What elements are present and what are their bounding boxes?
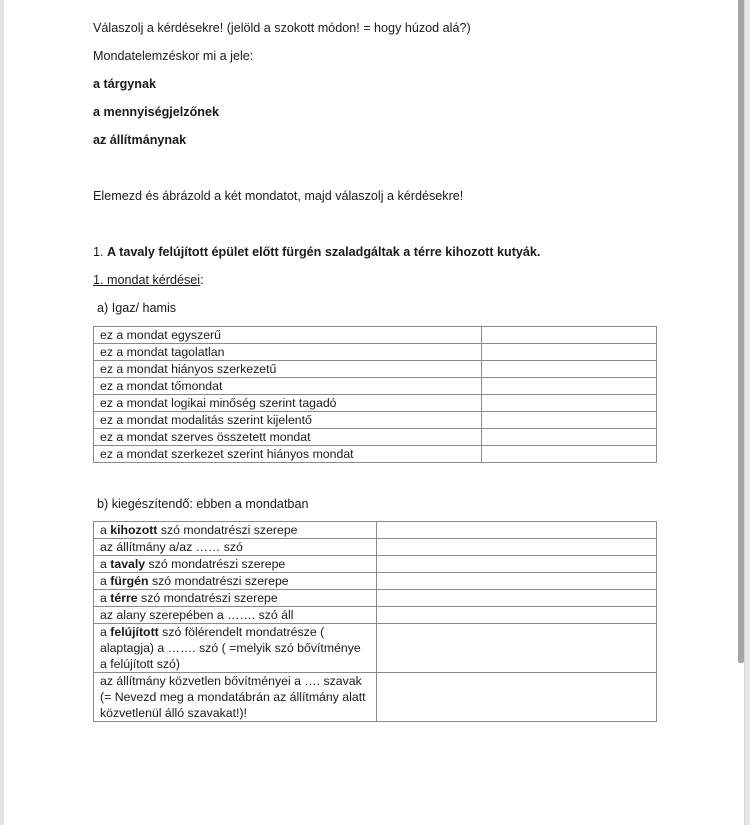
statement-cell: ez a mondat tagolatlan — [94, 344, 482, 361]
table-row: ez a mondat tőmondat — [94, 378, 657, 395]
table-row: ez a mondat modalitás szerint kijelentő — [94, 412, 657, 429]
answer-cell[interactable] — [482, 361, 657, 378]
statement-cell: ez a mondat egyszerű — [94, 327, 482, 344]
intro-item-mennyisegjelzo: a mennyiségjelzőnek — [93, 104, 219, 120]
prompt-pre: a — [100, 574, 110, 588]
intro-item-targy: a tárgynak — [93, 76, 156, 92]
table-row: ez a mondat hiányos szerkezetű — [94, 361, 657, 378]
true-false-table: ez a mondat egyszerűez a mondat tagolatl… — [93, 326, 657, 463]
statement-cell: ez a mondat szerkezet szerint hiányos mo… — [94, 446, 482, 463]
answer-cell[interactable] — [377, 522, 657, 539]
prompt-pre: az alany szerepében a ……. szó áll — [100, 608, 293, 622]
sentence-number: 1. — [93, 245, 104, 259]
prompt-post: szó mondatrészi szerepe — [157, 523, 297, 537]
answer-cell[interactable] — [377, 590, 657, 607]
prompt-pre: az állítmány a/az …… szó — [100, 540, 243, 554]
answer-cell[interactable] — [377, 673, 657, 722]
statement-cell: ez a mondat logikai minőség szerint taga… — [94, 395, 482, 412]
questions-heading: 1. mondat kérdései: — [93, 272, 204, 288]
answer-cell[interactable] — [482, 395, 657, 412]
table-row: a felújított szó fölérendelt mondatrésze… — [94, 624, 657, 673]
section-b-label: b) kiegészítendő: ebben a mondatban — [97, 496, 308, 512]
task-instruction: Elemezd és ábrázold a két mondatot, majd… — [93, 188, 463, 204]
prompt-cell: a felújított szó fölérendelt mondatrésze… — [94, 624, 377, 673]
statement-cell: ez a mondat szerves összetett mondat — [94, 429, 482, 446]
table-row: ez a mondat logikai minőség szerint taga… — [94, 395, 657, 412]
table-row: ez a mondat tagolatlan — [94, 344, 657, 361]
fill-in-table: a kihozott szó mondatrészi szerepeaz áll… — [93, 521, 657, 722]
prompt-cell: a tavaly szó mondatrészi szerepe — [94, 556, 377, 573]
table-row: az állítmány a/az …… szó — [94, 539, 657, 556]
answer-cell[interactable] — [377, 624, 657, 673]
prompt-cell: a térre szó mondatrészi szerepe — [94, 590, 377, 607]
statement-cell: ez a mondat modalitás szerint kijelentő — [94, 412, 482, 429]
prompt-cell: az állítmány a/az …… szó — [94, 539, 377, 556]
answer-cell[interactable] — [482, 378, 657, 395]
table-row: a térre szó mondatrészi szerepe — [94, 590, 657, 607]
table-row: az alany szerepében a ……. szó áll — [94, 607, 657, 624]
sentence-1: 1. A tavaly felújított épület előtt fürg… — [93, 244, 540, 260]
prompt-pre: az állítmány közvetlen bővítményei a …. … — [100, 674, 366, 720]
answer-cell[interactable] — [377, 607, 657, 624]
answer-cell[interactable] — [482, 429, 657, 446]
answer-cell[interactable] — [377, 556, 657, 573]
prompt-bold: felújított — [110, 625, 159, 639]
prompt-post: szó mondatrészi szerepe — [138, 591, 278, 605]
prompt-bold: fürgén — [110, 574, 148, 588]
prompt-bold: tavaly — [110, 557, 145, 571]
prompt-post: szó mondatrészi szerepe — [149, 574, 289, 588]
scrollbar-track[interactable] — [744, 0, 750, 825]
table-row: a tavaly szó mondatrészi szerepe — [94, 556, 657, 573]
section-a-label: a) Igaz/ hamis — [97, 300, 176, 316]
intro-instruction: Válaszolj a kérdésekre! (jelöld a szokot… — [93, 20, 471, 36]
prompt-pre: a — [100, 523, 110, 537]
prompt-cell: a fürgén szó mondatrészi szerepe — [94, 573, 377, 590]
prompt-pre: a — [100, 557, 110, 571]
prompt-pre: a — [100, 591, 110, 605]
prompt-cell: a kihozott szó mondatrészi szerepe — [94, 522, 377, 539]
answer-cell[interactable] — [482, 412, 657, 429]
answer-cell[interactable] — [377, 573, 657, 590]
answer-cell[interactable] — [377, 539, 657, 556]
prompt-cell: az alany szerepében a ……. szó áll — [94, 607, 377, 624]
intro-item-allitmany: az állítmánynak — [93, 132, 186, 148]
table-row: ez a mondat egyszerű — [94, 327, 657, 344]
window-edge-left — [0, 0, 4, 825]
answer-cell[interactable] — [482, 327, 657, 344]
table-row: az állítmány közvetlen bővítményei a …. … — [94, 673, 657, 722]
statement-cell: ez a mondat hiányos szerkezetű — [94, 361, 482, 378]
prompt-bold: térre — [110, 591, 137, 605]
prompt-pre: a — [100, 625, 110, 639]
table-row: ez a mondat szerves összetett mondat — [94, 429, 657, 446]
table-row: a fürgén szó mondatrészi szerepe — [94, 573, 657, 590]
answer-cell[interactable] — [482, 446, 657, 463]
answer-cell[interactable] — [482, 344, 657, 361]
scrollbar-thumb[interactable] — [738, 0, 744, 663]
statement-cell: ez a mondat tőmondat — [94, 378, 482, 395]
sentence-text: A tavaly felújított épület előtt fürgén … — [107, 245, 540, 259]
intro-question: Mondatelemzéskor mi a jele: — [93, 48, 253, 64]
table-row: ez a mondat szerkezet szerint hiányos mo… — [94, 446, 657, 463]
prompt-bold: kihozott — [110, 523, 157, 537]
prompt-cell: az állítmány közvetlen bővítményei a …. … — [94, 673, 377, 722]
prompt-post: szó mondatrészi szerepe — [145, 557, 285, 571]
table-row: a kihozott szó mondatrészi szerepe — [94, 522, 657, 539]
